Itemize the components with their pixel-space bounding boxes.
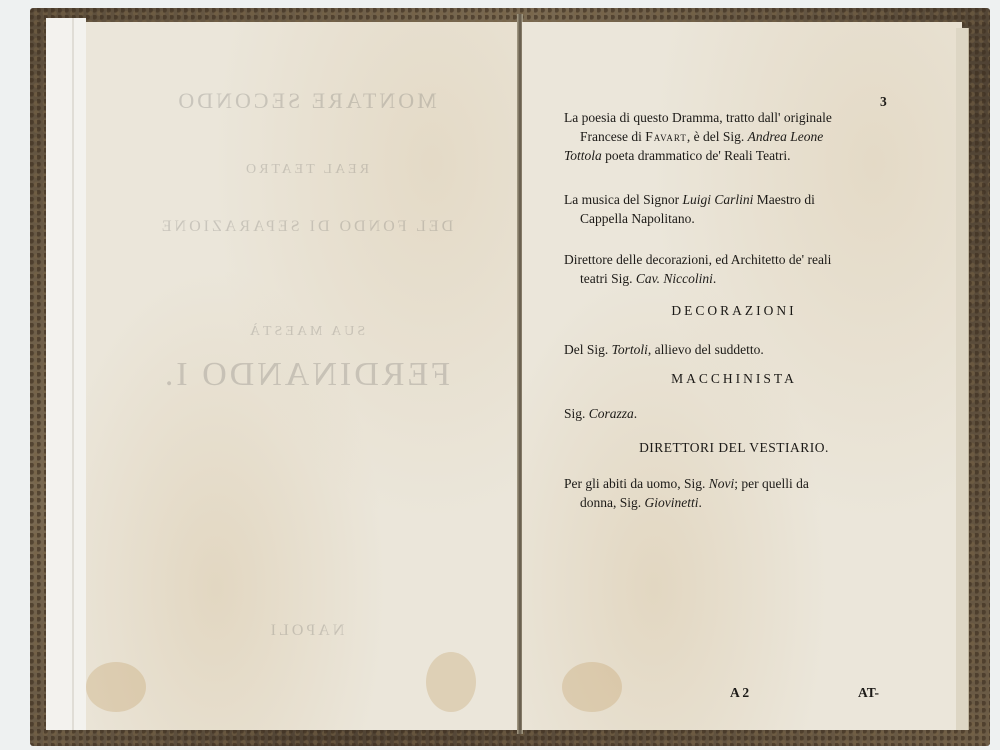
showthrough-line: NAPOLI <box>126 622 486 640</box>
paragraph-poetry: La poesia di questo Dramma, tratto dall'… <box>564 108 904 165</box>
heading-decorazioni: DECORAZIONI <box>564 303 904 319</box>
vestiario-paragraph: Per gli abiti da uomo, Sig. Novi; per qu… <box>564 474 904 512</box>
heading-vestiario: DIRETTORI DEL VESTIARIO. <box>564 440 904 456</box>
heading-macchinista: MACCHINISTA <box>564 371 904 387</box>
page-edges <box>956 28 969 730</box>
showthrough-line: REAL TEATRO <box>126 162 486 178</box>
showthrough-line: SUA MAESTÀ <box>126 324 486 340</box>
decorazioni-line: Del Sig. Tortoli, allievo del suddetto. <box>564 340 764 359</box>
catchword: AT- <box>858 683 879 702</box>
paragraph-music: La musica del Signor Luigi Carlini Maest… <box>564 190 904 228</box>
showthrough-line: FERDINANDO I. <box>126 356 486 394</box>
macchinista-line: Sig. Corazza. <box>564 404 637 423</box>
flyleaf <box>46 18 86 730</box>
showthrough-line: DEL FONDO DI SEPARAZIONE <box>126 218 486 236</box>
paragraph-decorations-director: Direttore delle decorazioni, ed Architet… <box>564 250 904 288</box>
signature-mark: A 2 <box>730 683 749 702</box>
left-page: MONTARE SECONDO REAL TEATRO DEL FONDO DI… <box>86 22 518 730</box>
showthrough-line: MONTARE SECONDO <box>126 88 486 114</box>
